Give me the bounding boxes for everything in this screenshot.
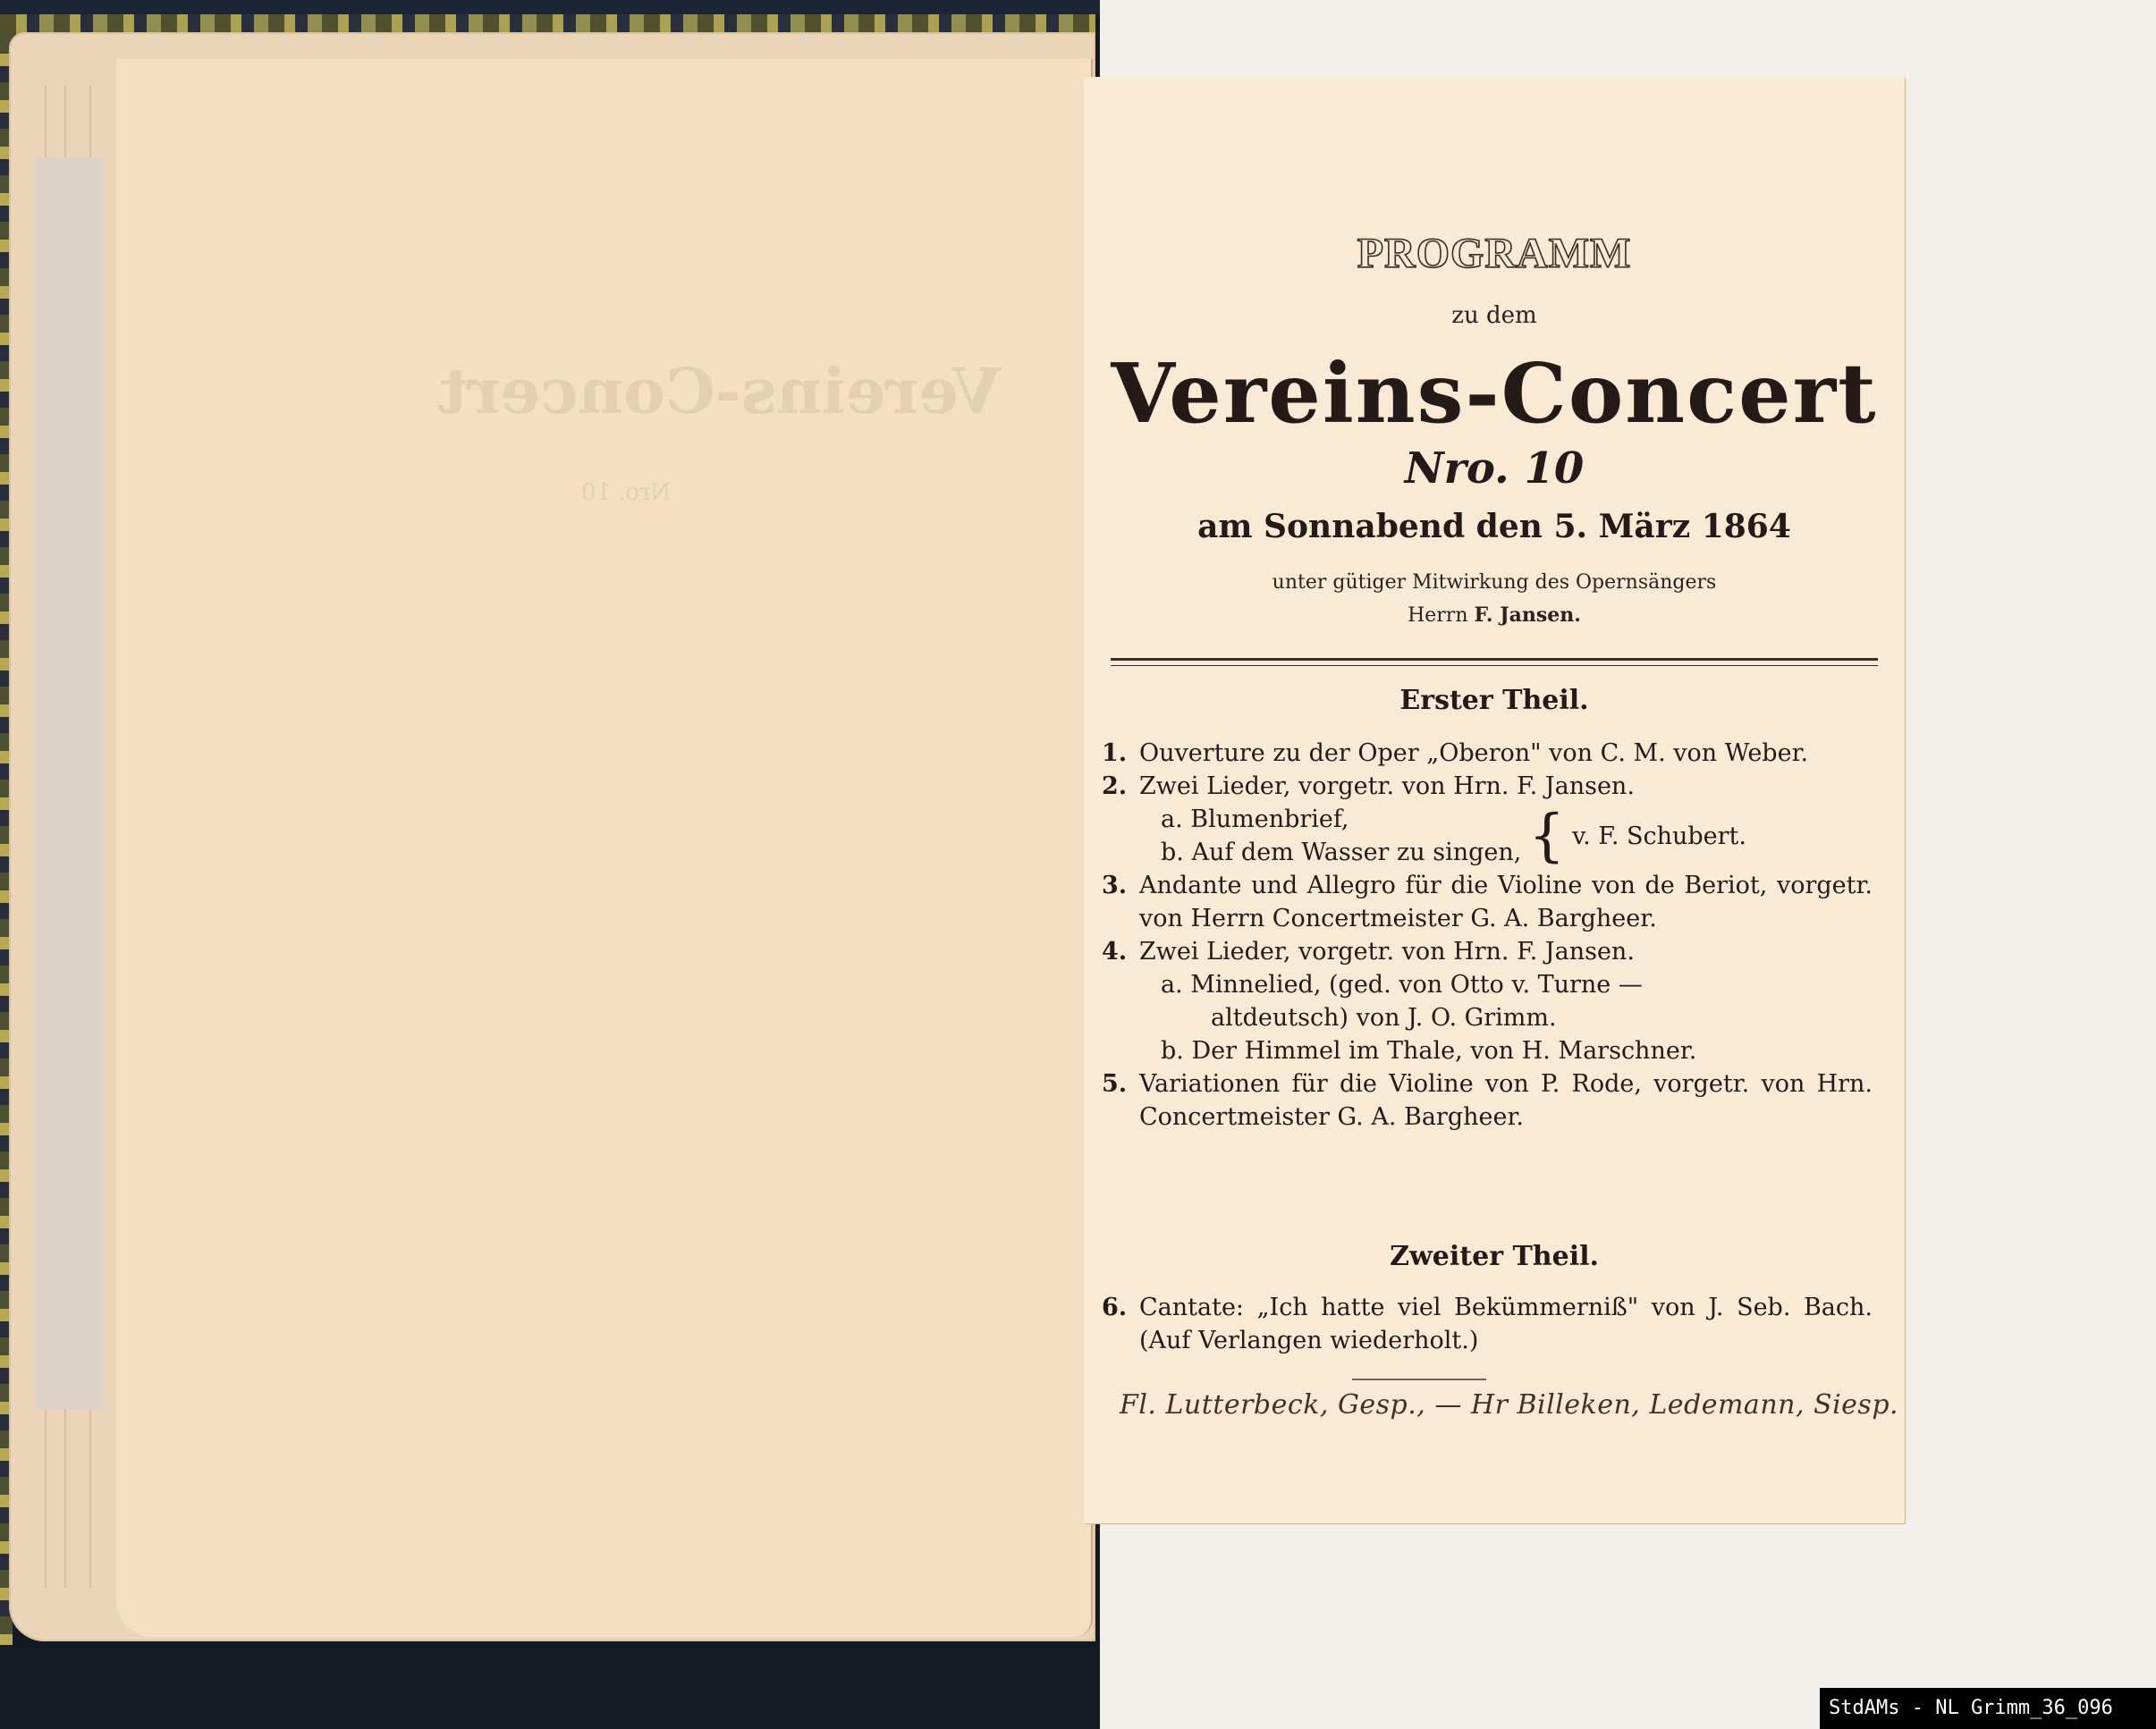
song-a: a. Minnelied, (ged. von Otto v. Turne — — [1139, 968, 1873, 1001]
assistance-note: unter gütiger Mitwirkung des Opernsänger… — [1084, 567, 1905, 632]
composer: v. F. Schubert. — [1572, 820, 1746, 853]
song-group: a. Blumenbrief, b. Auf dem Wasser zu sin… — [1139, 803, 1873, 869]
handwritten-overline — [1352, 1379, 1486, 1380]
left-page-blank: Vereins-Concert Nro. 10 — [116, 59, 1093, 1637]
programme-subtitle: zu dem — [1084, 302, 1905, 329]
assistance-prefix: Herrn — [1408, 604, 1467, 627]
programme-title: PROGRAMM — [1084, 229, 1905, 278]
part-one-heading: Erster Theil. — [1084, 685, 1905, 716]
bleed-through-title: Vereins-Concert — [438, 354, 1001, 428]
item-number: 6. — [1102, 1291, 1139, 1357]
item-text: Ouverture zu der Oper „Oberon" von C. M.… — [1139, 737, 1873, 770]
double-rule-divider — [1111, 658, 1878, 666]
item-text: Cantate: „Ich hatte viel Bekümmerniß" vo… — [1139, 1291, 1873, 1357]
item-number: 5. — [1102, 1067, 1139, 1134]
part-one-items: 1. Ouverture zu der Oper „Oberon" von C.… — [1102, 737, 1873, 1134]
concert-programme-sheet: PROGRAMM zu dem Vereins-Concert Nro. 10 … — [1084, 77, 1905, 1523]
song-a-continued: altdeutsch) von J. O. Grimm. — [1139, 1001, 1873, 1034]
handwritten-annotation: Fl. Lutterbeck, Gesp., — Hr Billeken, Le… — [1120, 1389, 1898, 1421]
concert-date: am Sonnabend den 5. März 1864 — [1084, 508, 1905, 545]
item-number: 2. — [1102, 770, 1139, 869]
item-body: Zwei Lieder, vorgetr. von Hrn. F. Jansen… — [1139, 935, 1873, 1067]
concert-number: Nro. 10 — [1084, 443, 1905, 493]
archive-label: StdAMs - NL Grimm_36_096 — [1820, 1688, 2156, 1729]
programme-item: 2. Zwei Lieder, vorgetr. von Hrn. F. Jan… — [1102, 770, 1873, 869]
song-b: b. Auf dem Wasser zu singen, — [1161, 836, 1521, 869]
programme-item: 1. Ouverture zu der Oper „Oberon" von C.… — [1102, 737, 1873, 770]
gray-paper-insert — [36, 157, 103, 1409]
programme-item: 4. Zwei Lieder, vorgetr. von Hrn. F. Jan… — [1102, 935, 1873, 1067]
assistance-line: unter gütiger Mitwirkung des Opernsänger… — [1084, 567, 1905, 599]
song-list: a. Blumenbrief, b. Auf dem Wasser zu sin… — [1161, 803, 1521, 869]
programme-item: 5. Variationen für die Violine von P. Ro… — [1102, 1067, 1873, 1134]
item-text: Andante und Allegro für die Violine von … — [1139, 869, 1873, 935]
part-two-heading: Zweiter Theil. — [1084, 1241, 1905, 1272]
programme-item: 3. Andante und Allegro für die Violine v… — [1102, 869, 1873, 935]
item-number: 3. — [1102, 869, 1139, 935]
event-title: Vereins-Concert — [1084, 345, 1905, 442]
programme-item: 6. Cantate: „Ich hatte viel Bekümmerniß"… — [1102, 1291, 1873, 1357]
bleed-through-number: Nro. 10 — [581, 479, 671, 506]
item-number: 1. — [1102, 737, 1139, 770]
item-number: 4. — [1102, 935, 1139, 1067]
assistance-name-line: Herrn F. Jansen. — [1084, 599, 1905, 632]
item-text: Zwei Lieder, vorgetr. von Hrn. F. Jansen… — [1139, 935, 1873, 968]
item-text: Variationen für die Violine von P. Rode,… — [1139, 1067, 1873, 1134]
song-a: a. Blumenbrief, — [1161, 803, 1521, 836]
item-body: Zwei Lieder, vorgetr. von Hrn. F. Jansen… — [1139, 770, 1873, 869]
part-two-items: 6. Cantate: „Ich hatte viel Bekümmerniß"… — [1102, 1291, 1873, 1357]
brace-icon: { — [1528, 807, 1565, 864]
assistance-name: F. Jansen. — [1475, 603, 1581, 627]
song-b: b. Der Himmel im Thale, von H. Marschner… — [1139, 1034, 1873, 1067]
item-text: Zwei Lieder, vorgetr. von Hrn. F. Jansen… — [1139, 770, 1873, 803]
